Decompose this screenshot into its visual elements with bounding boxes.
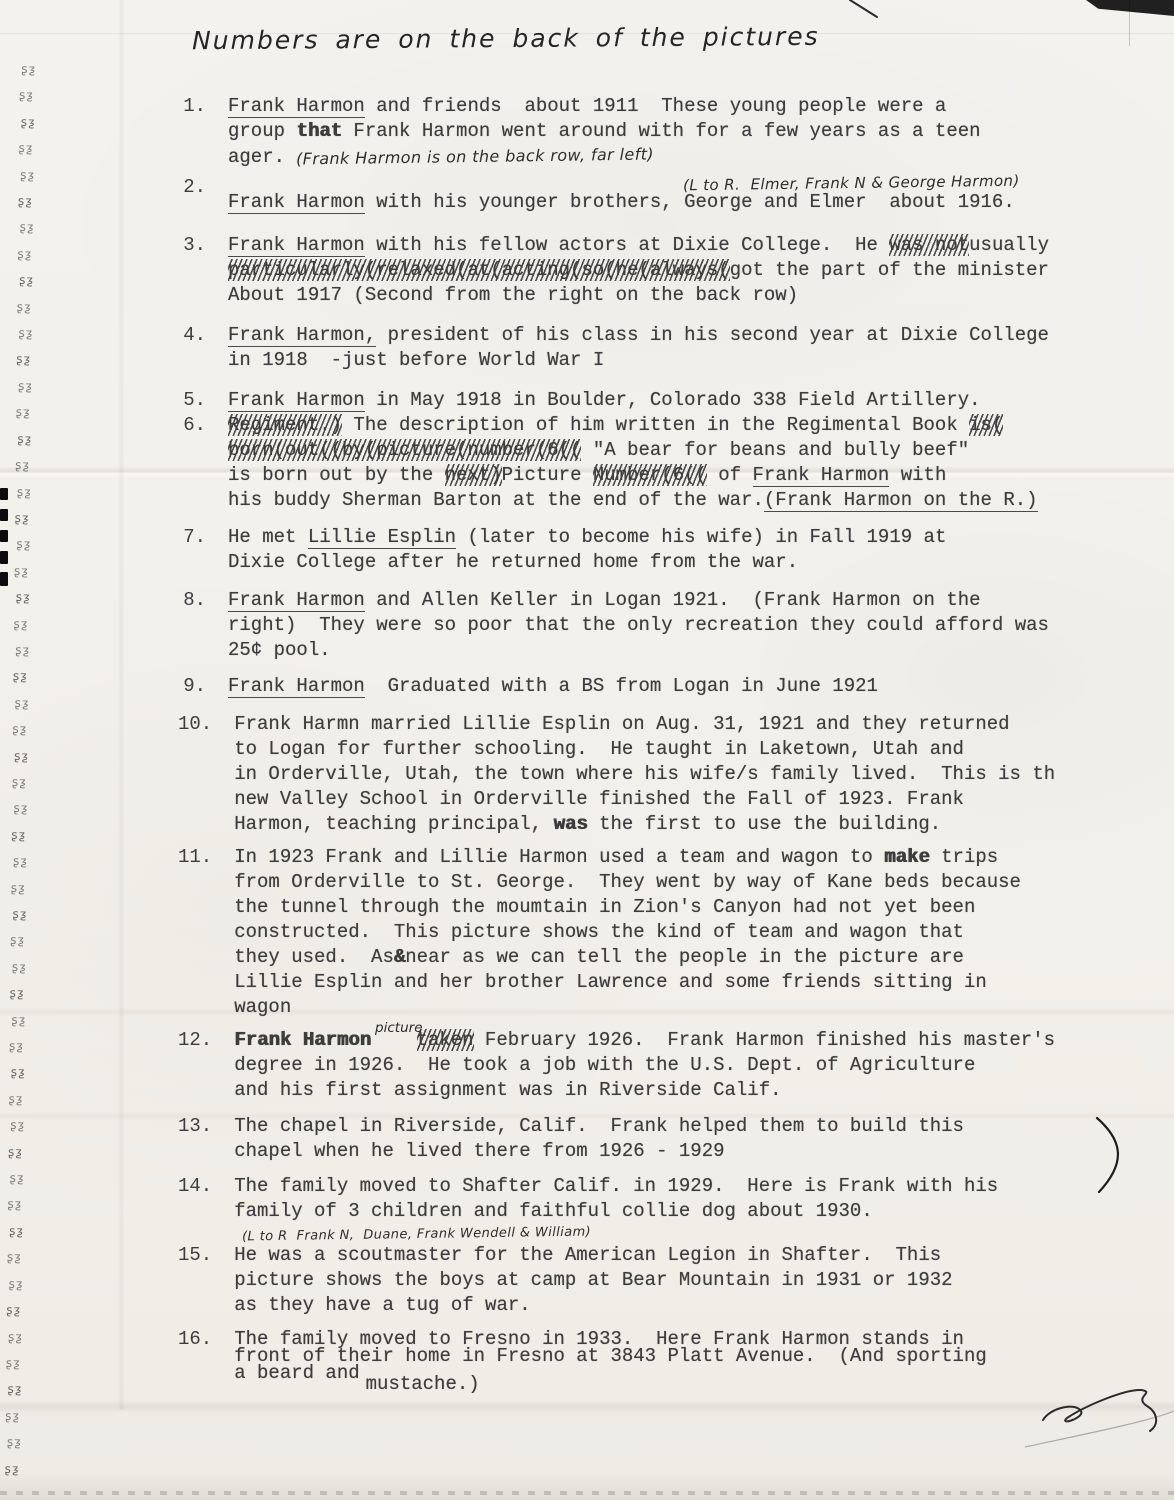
typed-text: Frank Harmon <box>228 191 365 214</box>
typed-text: Frank Harmon <box>228 589 365 612</box>
text-line: they used. As&near as we can tell the pe… <box>234 945 1148 970</box>
text-line: right) They were so poor that the only r… <box>228 613 1148 638</box>
item-number: 6. <box>178 413 228 513</box>
perforation-mark: ʂƺ <box>11 1006 37 1033</box>
item-number: 4. <box>178 323 228 373</box>
photo-list: 1.Frank Harmon and friends about 1911 Th… <box>178 94 1148 1404</box>
typed-text: new Valley School in Orderville finished… <box>234 788 964 810</box>
text-line: Harmon, teaching principal, was the firs… <box>234 812 1148 837</box>
typed-text: right) They were so poor that the only r… <box>228 614 1049 636</box>
item-number: 3. <box>178 233 228 308</box>
typed-text: in 1918 -just before World War I <box>228 349 604 371</box>
perforation-mark: ʂƺ <box>17 294 45 321</box>
text-line: ager. (Frank Harmon is on the back row, … <box>228 144 1148 169</box>
list-item: 15.He was a scoutmaster for the American… <box>178 1243 1148 1318</box>
item-number: 8. <box>178 588 228 663</box>
typed-text: that <box>296 120 342 142</box>
perforation-mark: ʂƺ <box>19 267 45 294</box>
perforation-mark: ʂƺ <box>16 584 42 611</box>
perforation-mark: ʂƺ <box>15 637 41 664</box>
text-line: Frank Harmon Graduated with a BS from Lo… <box>228 674 1148 699</box>
text-line: wagon <box>234 995 1148 1020</box>
typed-text: usually <box>969 234 1049 256</box>
perforation-mark: ʂƺ <box>9 1218 35 1245</box>
perforation-mark: ʂƺ <box>21 109 47 136</box>
item-text: He was a scoutmaster for the American Le… <box>234 1243 1148 1318</box>
perforation-mark: ʂƺ <box>7 1376 33 1403</box>
typed-text: trips <box>930 846 998 868</box>
bottom-page-shadow <box>0 1472 1174 1500</box>
perforation-mark: ʂƺ <box>18 135 46 162</box>
text-line: Frank Harmon and Allen Keller in Logan 1… <box>228 588 1148 613</box>
scanner-edge-artifact <box>0 530 8 542</box>
perforation-mark: ʂƺ <box>10 1112 36 1139</box>
item-text: Frank Harmon and friends about 1911 Thes… <box>228 94 1148 169</box>
text-line: to Logan for further schooling. He taugh… <box>234 737 1148 762</box>
perforation-mark: ʂƺ <box>10 927 38 954</box>
list-item: 2.(L to R. Elmer, Frank N & George Harmo… <box>178 175 1148 215</box>
typed-text: make <box>884 846 930 868</box>
typed-text: Frank Harmon, <box>228 324 376 347</box>
perforation-mark: ʂƺ <box>16 346 44 373</box>
scanner-edge-artifact <box>0 509 8 521</box>
perforation-mark: ʂƺ <box>10 1165 36 1192</box>
typed-text: next) <box>445 464 502 486</box>
typed-text: February 1926. Frank Harmon finished his… <box>474 1029 1056 1051</box>
typed-text: is born out by the <box>228 464 445 486</box>
text-line: Dixie College after he returned home fro… <box>228 550 1148 575</box>
typed-text: the tunnel through the moumtain in Zion'… <box>234 896 975 918</box>
item-text: Frank Harmn married Lillie Esplin on Aug… <box>234 712 1148 837</box>
text-line: Frank Harmon in May 1918 in Boulder, Col… <box>228 388 1148 413</box>
item-text: Frank Harmonpicturetaken February 1926. … <box>234 1028 1148 1103</box>
typed-text: particularly(relaxed(at(acting(so(he(alw… <box>228 259 730 281</box>
typed-text: born(out((by(picture(number(6(( <box>228 439 581 461</box>
list-item: 13.The chapel in Riverside, Calif. Frank… <box>178 1114 1148 1164</box>
typed-text: 25¢ pool. <box>228 639 331 661</box>
perforation-mark: ʂƺ <box>17 426 43 453</box>
perforation-mark: ʂƺ <box>14 742 40 769</box>
scanner-edge-artifact <box>0 572 8 586</box>
text-line: particularly(relaxed(at(acting(so(he(alw… <box>228 258 1148 283</box>
perforation-mark: ʂƺ <box>12 901 38 928</box>
item-number: 15. <box>178 1243 234 1318</box>
typed-text: his buddy Sherman Barton at the end of t… <box>228 489 764 511</box>
typed-text: picture shows the boys at camp at Bear M… <box>234 1269 952 1291</box>
typed-text: mustache.) <box>366 1373 480 1395</box>
typed-text: Frank Harmon <box>228 95 365 118</box>
perforation-mark: ʂƺ <box>8 1271 34 1298</box>
perforation-mark: ʂƺ <box>18 320 44 347</box>
item-text: He met Lillie Esplin (later to become hi… <box>228 525 1148 575</box>
perforation-mark: ʂƺ <box>14 558 42 585</box>
perforation-mark: ʂƺ <box>7 1244 35 1271</box>
typed-text: Lillie Esplin and her brother Lawrence a… <box>234 971 987 993</box>
typed-text: and his first assignment was in Riversid… <box>234 1079 781 1101</box>
item-number: 14. <box>178 1174 234 1241</box>
text-line: Lillie Esplin and her brother Lawrence a… <box>234 970 1148 995</box>
handwritten-note: (L to R. Elmer, Frank N & George Harmon) <box>683 169 1020 199</box>
scanned-document-page: ʂƺʂƺʂƺʂƺʂƺʂƺʂƺʂƺʂƺʂƺʂƺʂƺʂƺʂƺʂƺʂƺʂƺʂƺʂƺʂƺ… <box>0 0 1174 1500</box>
list-item: 7.He met Lillie Esplin (later to become … <box>178 525 1148 575</box>
perforation-mark: ʂƺ <box>13 663 41 690</box>
text-line: Frank Harmn married Lillie Esplin on Aug… <box>234 712 1148 737</box>
item-number: 13. <box>178 1114 234 1164</box>
text-line: in 1918 -just before World War I <box>228 348 1148 373</box>
perforation-mark: ʂƺ <box>16 399 44 426</box>
item-text: Frank Harmon, president of his class in … <box>228 323 1148 373</box>
typed-text: Number(6(( <box>593 464 707 486</box>
typed-text: Frank Harmon <box>228 234 365 257</box>
item-text: Frank Harmon and Allen Keller in Logan 1… <box>228 588 1148 663</box>
text-line: Frank Harmonpicturetaken February 1926. … <box>234 1028 1148 1053</box>
typed-text: Dixie College after he returned home fro… <box>228 551 798 573</box>
perforation-mark: ʂƺ <box>17 241 45 268</box>
typed-text: as they have a tug of war. <box>234 1294 530 1316</box>
typed-text: degree in 1926. He took a job with the U… <box>234 1054 975 1076</box>
perforation-mark: ʂƺ <box>12 954 38 981</box>
perforation-mark: ʂƺ <box>18 373 44 400</box>
list-item: 8.Frank Harmon and Allen Keller in Logan… <box>178 588 1148 663</box>
item-text: Regiment.) The description of him writte… <box>228 413 1148 513</box>
perforation-mark: ʂƺ <box>13 610 41 637</box>
typed-text: group <box>228 120 296 142</box>
typed-text: in May 1918 in Boulder, Colorado 338 Fie… <box>365 389 981 411</box>
perforation-mark: ʂƺ <box>18 188 46 215</box>
typed-text: a beard and <box>234 1362 359 1384</box>
typed-text: Regiment.) <box>228 414 342 436</box>
vertical-crease <box>118 0 125 1410</box>
typed-text: Frank Harmon <box>234 1029 371 1051</box>
typed-text: "A bear for beans and bully beef" <box>581 439 969 461</box>
typed-text: (Frank Harmon on the R.) <box>764 489 1038 512</box>
typed-text: Graduated with a BS from Logan in June 1… <box>365 675 878 697</box>
typed-text: with his fellow actors at Dixie College.… <box>365 234 890 256</box>
handwritten-note: picture <box>375 1020 422 1036</box>
item-text: The family moved to Shafter Calif. in 19… <box>234 1174 1148 1241</box>
text-line: in Orderville, Utah, the town where his … <box>234 762 1148 787</box>
typed-text: was not <box>889 234 969 256</box>
text-line: About 1917 (Second from the right on the… <box>228 283 1148 308</box>
item-number: 5. <box>178 388 228 413</box>
list-item: 5.Frank Harmon in May 1918 in Boulder, C… <box>178 388 1148 413</box>
list-item: 11.In 1923 Frank and Lillie Harmon used … <box>178 845 1148 1020</box>
scanner-edge-artifact <box>0 488 8 500</box>
text-line: constructed. This picture shows the kind… <box>234 920 1148 945</box>
typed-text: Frank Harmon went around with for a few … <box>342 120 981 142</box>
list-item: 4.Frank Harmon, president of his class i… <box>178 323 1148 373</box>
perforation-mark: ʂƺ <box>5 1403 33 1430</box>
typed-text: Frank Harmon <box>753 464 890 487</box>
typed-text: In 1923 Frank and Lillie Harmon used a t… <box>234 846 884 868</box>
typed-text: got the part of the minister <box>730 259 1049 281</box>
typed-text: Frank Harmn married Lillie Esplin on Aug… <box>234 713 1009 735</box>
text-line: born(out((by(picture(number(6(( "A bear … <box>228 438 1148 463</box>
item-text: (L to R. Elmer, Frank N & George Harmon)… <box>228 175 1148 215</box>
page-edge-line <box>1129 0 1130 46</box>
perforation-mark: ʂƺ <box>19 82 47 109</box>
perforation-mark: ʂƺ <box>12 769 40 796</box>
typed-text: Picture <box>502 464 593 486</box>
item-text: Frank Harmon with his fellow actors at D… <box>228 233 1148 308</box>
typed-text: wagon <box>234 996 291 1018</box>
typed-text: to Logan for further schooling. He taugh… <box>234 738 964 760</box>
perforation-mark: ʂƺ <box>13 848 39 875</box>
item-number: 10. <box>178 712 234 837</box>
item-number: 16. <box>178 1327 234 1386</box>
text-line: is born out by the next)Picture Number(6… <box>228 463 1148 488</box>
text-line: and his first assignment was in Riversid… <box>234 1078 1148 1103</box>
edge-perforation-marks: ʂƺʂƺʂƺʂƺʂƺʂƺʂƺʂƺʂƺʂƺʂƺʂƺʂƺʂƺʂƺʂƺʂƺʂƺʂƺʂƺ… <box>5 56 48 1482</box>
perforation-mark: ʂƺ <box>21 56 47 83</box>
perforation-mark: ʂƺ <box>20 214 46 241</box>
item-text: Frank Harmon in May 1918 in Boulder, Col… <box>228 388 1148 413</box>
typed-text: in Orderville, Utah, the town where his … <box>234 763 1055 785</box>
typed-text: Frank Harmon <box>228 675 365 698</box>
perforation-mark: ʂƺ <box>6 1350 34 1377</box>
text-line: Frank Harmon with his fellow actors at D… <box>228 233 1148 258</box>
text-line: Frank Harmon, president of his class in … <box>228 323 1148 348</box>
typed-text: Lillie Esplin <box>308 526 456 549</box>
typed-text: The description of him written in the Re… <box>342 414 969 436</box>
text-line: from Orderville to St. George. They went… <box>234 870 1148 895</box>
typed-text: is( <box>969 414 1003 436</box>
typed-text: About 1917 (Second from the right on the… <box>228 284 798 306</box>
typed-text: & <box>394 946 405 968</box>
perforation-mark: ʂƺ <box>20 162 46 189</box>
typed-text: president of his class in his second yea… <box>376 324 1049 346</box>
bottom-edge-marks <box>0 1491 1174 1495</box>
perforation-mark: ʂƺ <box>8 1086 36 1113</box>
typed-text: (later to become his wife) in Fall 1919 … <box>456 526 946 548</box>
text-line: (L to R Frank N, Duane, Frank Wendell & … <box>242 1221 1148 1241</box>
typed-text: Harmon, teaching principal, <box>234 813 553 835</box>
perforation-mark: ʂƺ <box>5 1455 33 1482</box>
text-line: chapel when he lived there from 1926 - 1… <box>234 1139 1148 1164</box>
perforation-mark: ʂƺ <box>8 1138 36 1165</box>
typed-text: constructed. This picture shows the kind… <box>234 921 964 943</box>
item-number: 2. <box>178 175 228 215</box>
typed-text: The family moved to Shafter Calif. in 19… <box>234 1175 998 1197</box>
typed-text: The chapel in Riverside, Calif. Frank he… <box>234 1115 964 1137</box>
text-line: 25¢ pool. <box>228 638 1148 663</box>
perforation-mark: ʂƺ <box>9 1033 37 1060</box>
perforation-mark: ʂƺ <box>15 690 41 717</box>
perforation-mark: ʂƺ <box>15 452 43 479</box>
text-line: the tunnel through the moumtain in Zion'… <box>234 895 1148 920</box>
item-text: The chapel in Riverside, Calif. Frank he… <box>234 1114 1148 1164</box>
list-item: 1.Frank Harmon and friends about 1911 Th… <box>178 94 1148 169</box>
list-item: 9.Frank Harmon Graduated with a BS from … <box>178 674 1148 699</box>
list-item: 14.The family moved to Shafter Calif. in… <box>178 1174 1148 1241</box>
list-item: 12.Frank Harmonpicturetaken February 192… <box>178 1028 1148 1103</box>
text-line: Regiment.) The description of him writte… <box>228 413 1148 438</box>
typed-text: they used. As <box>234 946 394 968</box>
typed-text: family of 3 children and faithful collie… <box>234 1200 873 1222</box>
text-line: The family moved to Shafter Calif. in 19… <box>234 1174 1148 1199</box>
typed-text: the first to use the building. <box>588 813 941 835</box>
typed-text: He met <box>228 526 308 548</box>
typed-text: and friends about 1911 These young peopl… <box>365 95 947 117</box>
item-number: 12. <box>178 1028 234 1103</box>
typed-text: taken <box>417 1029 474 1051</box>
item-text: In 1923 Frank and Lillie Harmon used a t… <box>234 845 1148 1020</box>
item-number: 1. <box>178 94 228 169</box>
typed-text: was <box>553 813 587 835</box>
perforation-mark: ʂƺ <box>11 822 39 849</box>
item-number: 11. <box>178 845 234 1020</box>
text-line: degree in 1926. He took a job with the U… <box>234 1053 1148 1078</box>
perforation-mark: ʂƺ <box>12 716 40 743</box>
perforation-mark: ʂƺ <box>16 531 42 558</box>
typed-text: and Allen Keller in Logan 1921. (Frank H… <box>365 589 981 611</box>
perforation-mark: ʂƺ <box>14 505 42 532</box>
perforation-mark: ʂƺ <box>6 1297 34 1324</box>
text-line: He met Lillie Esplin (later to become hi… <box>228 525 1148 550</box>
item-text: Frank Harmon Graduated with a BS from Lo… <box>228 674 1148 699</box>
handwritten-title: Numbers are on the back of the pictures <box>192 22 820 55</box>
text-line: as they have a tug of war. <box>234 1293 1148 1318</box>
pen-scribble-tail <box>1025 1411 1174 1447</box>
perforation-mark: ʂƺ <box>8 1323 34 1350</box>
list-item: 3.Frank Harmon with his fellow actors at… <box>178 233 1148 308</box>
text-line: picture shows the boys at camp at Bear M… <box>234 1268 1148 1293</box>
text-line: new Valley School in Orderville finished… <box>234 787 1148 812</box>
perforation-mark: ʂƺ <box>11 874 39 901</box>
text-line: Frank Harmon and friends about 1911 Thes… <box>228 94 1148 119</box>
item-number: 7. <box>178 525 228 575</box>
pen-stroke <box>850 0 877 17</box>
handwritten-note: (Frank Harmon is on the back row, far le… <box>296 142 654 172</box>
text-line: group that Frank Harmon went around with… <box>228 119 1148 144</box>
typed-text: ager. <box>228 146 296 168</box>
perforation-mark: ʂƺ <box>17 478 43 505</box>
perforation-mark: ʂƺ <box>10 980 38 1007</box>
text-line: In 1923 Frank and Lillie Harmon used a t… <box>234 845 1148 870</box>
perforation-mark: ʂƺ <box>7 1429 33 1456</box>
scanner-edge-artifact <box>0 551 8 564</box>
perforation-mark: ʂƺ <box>13 795 39 822</box>
typed-text: chapel when he lived there from 1926 - 1… <box>234 1140 724 1162</box>
text-line: his buddy Sherman Barton at the end of t… <box>228 488 1148 513</box>
item-number: 9. <box>178 674 228 699</box>
list-item: 10.Frank Harmn married Lillie Esplin on … <box>178 712 1148 837</box>
typed-text: with <box>889 464 946 486</box>
typed-text: of <box>707 464 753 486</box>
typed-text: from Orderville to St. George. They went… <box>234 871 1021 893</box>
text-line: The chapel in Riverside, Calif. Frank he… <box>234 1114 1148 1139</box>
list-item: 16.The family moved to Fresno in 1933. H… <box>178 1327 1148 1386</box>
typed-text: Frank Harmon <box>228 389 365 412</box>
item-text: The family moved to Fresno in 1933. Here… <box>234 1327 1148 1386</box>
list-item: 6.Regiment.) The description of him writ… <box>178 413 1148 513</box>
handwritten-note: (L to R Frank N, Duane, Frank Wendell & … <box>242 1220 591 1250</box>
scanner-corner-artifact <box>1086 0 1174 16</box>
perforation-mark: ʂƺ <box>7 1191 35 1218</box>
typed-text: near as we can tell the people in the pi… <box>405 946 964 968</box>
perforation-mark: ʂƺ <box>11 1059 37 1086</box>
